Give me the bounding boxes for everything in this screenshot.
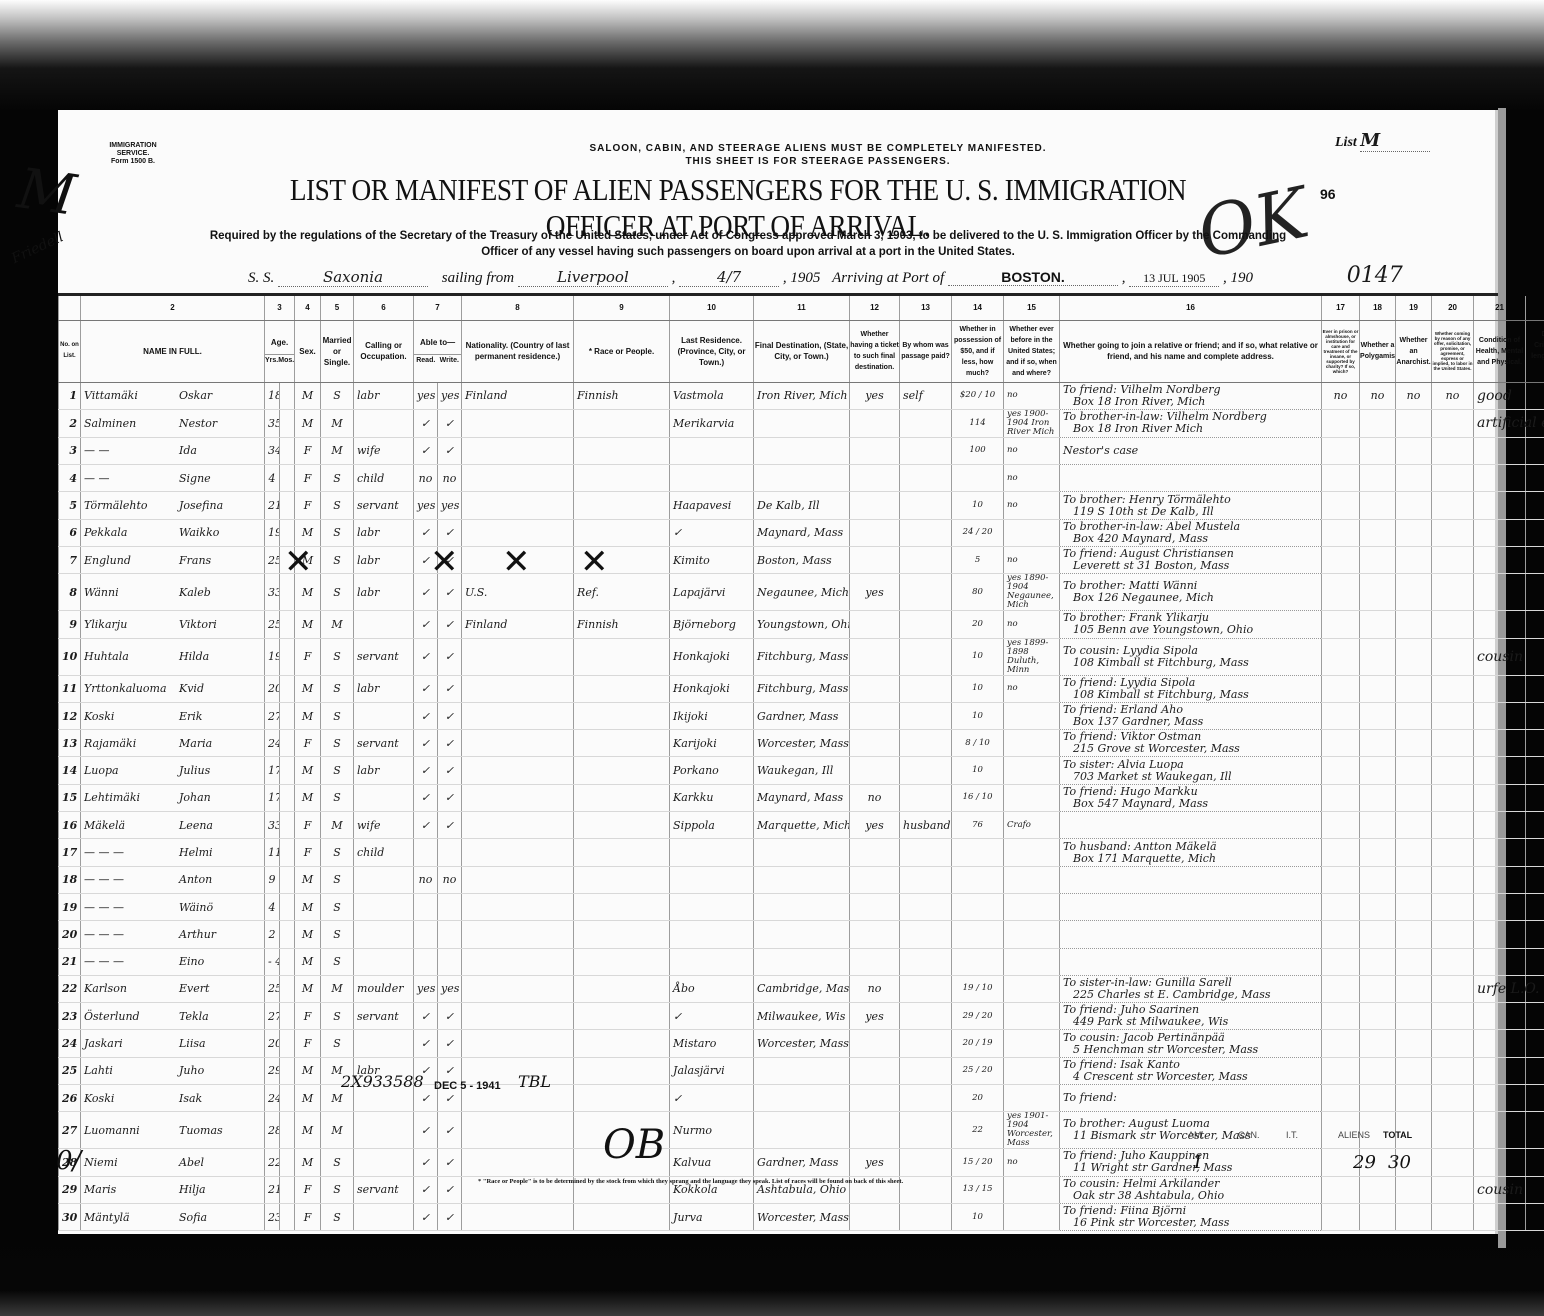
race-footnote: * "Race or People" is to be determined b… bbox=[478, 1178, 903, 1185]
contract-labor bbox=[1432, 638, 1474, 675]
occupation: labr bbox=[354, 757, 414, 784]
age-years: 20 bbox=[265, 675, 280, 702]
sex: F bbox=[295, 1176, 321, 1203]
row-number: 16 bbox=[59, 812, 81, 839]
relative-address: Box 420 Maynard, Mass bbox=[1063, 533, 1318, 545]
arriving-label: Arriving at Port of bbox=[832, 270, 944, 286]
passage-paid-by bbox=[900, 409, 952, 437]
polygamist bbox=[1360, 1203, 1396, 1230]
can-write bbox=[438, 921, 462, 948]
corner-note: 0/ bbox=[56, 1146, 81, 1176]
anarchist bbox=[1396, 702, 1432, 729]
contract-labor bbox=[1432, 921, 1474, 948]
can-write: ✓ bbox=[438, 638, 462, 675]
last-residence: Kimito bbox=[670, 546, 754, 573]
anarchist bbox=[1396, 784, 1432, 811]
money-amount: 8 / 10 bbox=[952, 730, 1004, 757]
anarchist bbox=[1396, 638, 1432, 675]
age-months bbox=[280, 702, 295, 729]
previous-us-stay bbox=[1004, 866, 1060, 893]
header-race: * Race or People. bbox=[574, 320, 670, 382]
colnum: 20 bbox=[1432, 296, 1474, 320]
colnum: 7 bbox=[414, 296, 462, 320]
joining-relative: To cousin: Helmi ArkilanderOak str 38 As… bbox=[1060, 1176, 1322, 1203]
has-ticket: yes bbox=[850, 1003, 900, 1030]
health-condition: good bbox=[1474, 382, 1526, 409]
can-write: yes bbox=[438, 492, 462, 519]
surname: Luomanni bbox=[84, 1124, 179, 1137]
deformed bbox=[1526, 1176, 1544, 1203]
deformed bbox=[1526, 574, 1544, 611]
has-ticket: yes bbox=[850, 574, 900, 611]
deformed bbox=[1526, 1112, 1544, 1149]
joining-relative bbox=[1060, 465, 1322, 492]
sex: M bbox=[295, 866, 321, 893]
polygamist bbox=[1360, 921, 1396, 948]
relative-address: 119 S 10th st De Kalb, Ill bbox=[1063, 506, 1318, 518]
marital-status: M bbox=[321, 975, 354, 1002]
passage-paid-by bbox=[900, 757, 952, 784]
table-row: 7EnglundFrans25MSlabr✓✓KimitoBoston, Mas… bbox=[59, 546, 1544, 573]
final-destination: Cambridge, Mass bbox=[754, 975, 850, 1002]
has-ticket bbox=[850, 921, 900, 948]
can-read bbox=[414, 839, 438, 866]
colnum: 5 bbox=[321, 296, 354, 320]
row-number: 5 bbox=[59, 492, 81, 519]
prison-almshouse bbox=[1322, 519, 1360, 546]
passage-paid-by bbox=[900, 675, 952, 702]
sex: F bbox=[295, 437, 321, 464]
passage-paid-by bbox=[900, 519, 952, 546]
given-name: Erik bbox=[179, 710, 202, 723]
health-condition bbox=[1474, 730, 1526, 757]
passage-paid-by bbox=[900, 638, 952, 675]
occupation: wife bbox=[354, 812, 414, 839]
anarchist bbox=[1396, 730, 1432, 757]
money-amount: 20 / 19 bbox=[952, 1030, 1004, 1057]
last-residence: Honkajoki bbox=[670, 675, 754, 702]
colnum: 22 bbox=[1526, 296, 1544, 320]
service-text: IMMIGRATION SERVICE. bbox=[98, 142, 168, 158]
header-prison: Ever in prison or almshouse, or institut… bbox=[1322, 320, 1360, 382]
page-number: 96 bbox=[1320, 186, 1336, 202]
passenger-name: KoskiIsak bbox=[81, 1085, 265, 1112]
passage-paid-by bbox=[900, 975, 952, 1002]
has-ticket bbox=[850, 702, 900, 729]
can-write: yes bbox=[438, 382, 462, 409]
given-name: Ida bbox=[179, 444, 197, 457]
previous-us-stay: no bbox=[1004, 382, 1060, 409]
can-write: ✓ bbox=[438, 702, 462, 729]
final-destination bbox=[754, 1057, 850, 1084]
age-years: 17 bbox=[265, 757, 280, 784]
colnum: 8 bbox=[462, 296, 574, 320]
passage-paid-by bbox=[900, 1203, 952, 1230]
joining-relative bbox=[1060, 948, 1322, 975]
naturalization-stamp-date: DEC 5 - 1941 bbox=[434, 1080, 501, 1092]
colnum: 9 bbox=[574, 296, 670, 320]
polygamist bbox=[1360, 730, 1396, 757]
prison-almshouse bbox=[1322, 1085, 1360, 1112]
passage-paid-by bbox=[900, 437, 952, 464]
contract-labor bbox=[1432, 1003, 1474, 1030]
has-ticket bbox=[850, 839, 900, 866]
passenger-name: KoskiErik bbox=[81, 702, 265, 729]
has-ticket: no bbox=[850, 975, 900, 1002]
health-condition: cousin bbox=[1474, 1176, 1526, 1203]
can-read: ✓ bbox=[414, 1030, 438, 1057]
header-passage: By whom was passage paid? bbox=[900, 320, 952, 382]
has-ticket bbox=[850, 675, 900, 702]
occupation: child bbox=[354, 465, 414, 492]
anarchist bbox=[1396, 948, 1432, 975]
can-write: ✓ bbox=[438, 409, 462, 437]
surname: Koski bbox=[84, 1092, 179, 1105]
anarchist bbox=[1396, 757, 1432, 784]
final-destination: Worcester, Mass bbox=[754, 1030, 850, 1057]
race bbox=[574, 492, 670, 519]
scan-bottom-border bbox=[0, 1230, 1544, 1316]
sex: F bbox=[295, 1030, 321, 1057]
passenger-name: — — —Helmi bbox=[81, 839, 265, 866]
age-months bbox=[280, 1030, 295, 1057]
given-name: Kvid bbox=[179, 682, 204, 695]
sheet-number: 0147 bbox=[1347, 263, 1403, 288]
age-months bbox=[280, 921, 295, 948]
can-write bbox=[438, 839, 462, 866]
side-signature: Friedell bbox=[9, 229, 66, 267]
surname: Österlund bbox=[84, 1010, 179, 1023]
health-condition bbox=[1474, 675, 1526, 702]
has-ticket bbox=[850, 948, 900, 975]
race: Finnish bbox=[574, 382, 670, 409]
age-years: 34 bbox=[265, 437, 280, 464]
occupation bbox=[354, 893, 414, 920]
colnum: 15 bbox=[1004, 296, 1060, 320]
previous-us-stay bbox=[1004, 1003, 1060, 1030]
totals-aliens-value: 29 bbox=[1353, 1152, 1376, 1173]
surname: Mäkelä bbox=[84, 819, 179, 832]
surname: Yrttonkaluoma bbox=[84, 682, 179, 695]
previous-us-stay bbox=[1004, 702, 1060, 729]
sex: M bbox=[295, 382, 321, 409]
age-months bbox=[280, 465, 295, 492]
nationality bbox=[462, 730, 574, 757]
marital-status: S bbox=[321, 948, 354, 975]
sex: M bbox=[295, 1085, 321, 1112]
polygamist bbox=[1360, 975, 1396, 1002]
can-read: ✓ bbox=[414, 675, 438, 702]
final-destination: Worcester, Mass bbox=[754, 1203, 850, 1230]
final-destination: Fitchburg, Mass bbox=[754, 638, 850, 675]
contract-labor bbox=[1432, 1149, 1474, 1176]
passage-paid-by bbox=[900, 702, 952, 729]
row-number: 7 bbox=[59, 546, 81, 573]
health-condition bbox=[1474, 784, 1526, 811]
polygamist bbox=[1360, 519, 1396, 546]
last-residence: Porkano bbox=[670, 757, 754, 784]
sex: M bbox=[295, 921, 321, 948]
anarchist bbox=[1396, 893, 1432, 920]
surname: Jaskari bbox=[84, 1037, 179, 1050]
passenger-name: LuopaJulius bbox=[81, 757, 265, 784]
joining-relative: To friend: Lyydia Sipola108 Kimball st F… bbox=[1060, 675, 1322, 702]
passenger-name: — — —Eino bbox=[81, 948, 265, 975]
totals-label-it: I.T. bbox=[1286, 1130, 1298, 1140]
contract-labor bbox=[1432, 1203, 1474, 1230]
final-destination bbox=[754, 465, 850, 492]
colnum: 12 bbox=[850, 296, 900, 320]
prison-almshouse bbox=[1322, 730, 1360, 757]
passage-paid-by bbox=[900, 1085, 952, 1112]
previous-us-stay bbox=[1004, 1203, 1060, 1230]
age-months bbox=[280, 382, 295, 409]
previous-us-stay bbox=[1004, 1085, 1060, 1112]
can-read: no bbox=[414, 866, 438, 893]
final-destination bbox=[754, 839, 850, 866]
last-residence: Karijoki bbox=[670, 730, 754, 757]
health-condition bbox=[1474, 1057, 1526, 1084]
colnum: 4 bbox=[295, 296, 321, 320]
row-number: 2 bbox=[59, 409, 81, 437]
contract-labor bbox=[1432, 839, 1474, 866]
given-name: Helmi bbox=[179, 846, 213, 859]
nationality bbox=[462, 839, 574, 866]
occupation: wife bbox=[354, 437, 414, 464]
given-name: Nestor bbox=[179, 417, 217, 430]
anarchist bbox=[1396, 975, 1432, 1002]
health-condition bbox=[1474, 465, 1526, 492]
can-write: no bbox=[438, 465, 462, 492]
age-months bbox=[280, 866, 295, 893]
age-years: 4 bbox=[265, 465, 280, 492]
previous-us-stay: yes 1890-1904 Negaunee, Mich bbox=[1004, 574, 1060, 611]
last-residence bbox=[670, 893, 754, 920]
nationality bbox=[462, 948, 574, 975]
health-condition bbox=[1474, 839, 1526, 866]
anarchist bbox=[1396, 1176, 1432, 1203]
has-ticket bbox=[850, 638, 900, 675]
prison-almshouse bbox=[1322, 409, 1360, 437]
can-read: ✓ bbox=[414, 1176, 438, 1203]
age-months bbox=[280, 1057, 295, 1084]
previous-us-stay: no bbox=[1004, 437, 1060, 464]
marital-status: S bbox=[321, 1149, 354, 1176]
relative-address: 11 Wright str Gardner, Mass bbox=[1063, 1162, 1318, 1174]
anarchist bbox=[1396, 812, 1432, 839]
occupation: labr bbox=[354, 574, 414, 611]
row-number: 8 bbox=[59, 574, 81, 611]
prison-almshouse bbox=[1322, 1203, 1360, 1230]
can-write: ✓ bbox=[438, 675, 462, 702]
money-amount bbox=[952, 839, 1004, 866]
age-months bbox=[280, 1003, 295, 1030]
nationality bbox=[462, 492, 574, 519]
header-write: Write. bbox=[438, 355, 462, 366]
header-yrs: Yrs. bbox=[265, 355, 278, 366]
column-number-row: 2 3 4 5 6 7 8 9 10 11 12 13 14 15 16 17 … bbox=[59, 296, 1544, 320]
age-months bbox=[280, 1112, 295, 1149]
last-residence: ✓ bbox=[670, 1003, 754, 1030]
race bbox=[574, 948, 670, 975]
column-header-row: No. on List. NAME IN FULL. Age. Yrs. Mos… bbox=[59, 320, 1544, 382]
contract-labor bbox=[1432, 1176, 1474, 1203]
race bbox=[574, 702, 670, 729]
marital-status: S bbox=[321, 574, 354, 611]
age-years: 2 bbox=[265, 921, 280, 948]
naturalization-number: 2X933588 bbox=[341, 1072, 424, 1091]
can-write bbox=[438, 893, 462, 920]
occupation: servant bbox=[354, 638, 414, 675]
header-nationality: Nationality. (Country of last permanent … bbox=[462, 320, 574, 382]
nationality bbox=[462, 675, 574, 702]
passenger-name: YrttonkaluomaKvid bbox=[81, 675, 265, 702]
age-months bbox=[280, 492, 295, 519]
anarchist bbox=[1396, 437, 1432, 464]
passage-paid-by: husband bbox=[900, 812, 952, 839]
marital-status: S bbox=[321, 1003, 354, 1030]
row-number: 10 bbox=[59, 638, 81, 675]
age-months bbox=[280, 437, 295, 464]
can-read: ✓ bbox=[414, 1149, 438, 1176]
header-polygamist: Whether a Polygamist. bbox=[1360, 320, 1396, 382]
header-calling: Calling or Occupation. bbox=[354, 320, 414, 382]
banner-line-2: THIS SHEET IS FOR STEERAGE PASSENGERS. bbox=[538, 155, 1098, 168]
polygamist bbox=[1360, 784, 1396, 811]
can-read: yes bbox=[414, 382, 438, 409]
last-residence: Jurva bbox=[670, 1203, 754, 1230]
age-years: 4 bbox=[265, 893, 280, 920]
race: Finnish bbox=[574, 611, 670, 638]
final-destination bbox=[754, 948, 850, 975]
anarchist bbox=[1396, 675, 1432, 702]
prison-almshouse bbox=[1322, 1003, 1360, 1030]
table-row: 20— — —Arthur2MS bbox=[59, 921, 1544, 948]
given-name: Kaleb bbox=[179, 586, 211, 599]
joining-relative: To friend: August ChristiansenLeverett s… bbox=[1060, 546, 1322, 573]
ship-name: Saxonia bbox=[278, 268, 428, 287]
sex: M bbox=[295, 409, 321, 437]
regulation-line-1: Required by the regulations of the Secre… bbox=[128, 228, 1368, 244]
age-years: 29 bbox=[265, 1057, 280, 1084]
polygamist bbox=[1360, 866, 1396, 893]
final-destination: Iron River, Mich bbox=[754, 382, 850, 409]
age-months bbox=[280, 611, 295, 638]
contract-labor bbox=[1432, 574, 1474, 611]
age-years: 17 bbox=[265, 784, 280, 811]
header-money: Whether in possession of $50, and if les… bbox=[952, 320, 1004, 382]
anarchist bbox=[1396, 409, 1432, 437]
colnum bbox=[59, 296, 81, 320]
health-condition bbox=[1474, 812, 1526, 839]
prison-almshouse bbox=[1322, 611, 1360, 638]
header-deformed: Deformed or Crippled. Nature, length of … bbox=[1526, 320, 1544, 382]
contract-labor bbox=[1432, 893, 1474, 920]
row-number: 25 bbox=[59, 1057, 81, 1084]
anarchist bbox=[1396, 839, 1432, 866]
final-destination: Boston, Mass bbox=[754, 546, 850, 573]
has-ticket bbox=[850, 465, 900, 492]
surname: Karlson bbox=[84, 982, 179, 995]
side-initial-mark: M bbox=[14, 156, 80, 228]
relative-name: To cousin: Jacob Pertinänpää bbox=[1063, 1032, 1318, 1044]
contract-labor bbox=[1432, 519, 1474, 546]
money-amount bbox=[952, 921, 1004, 948]
header-married: Married or Single. bbox=[321, 320, 354, 382]
prison-almshouse bbox=[1322, 1176, 1360, 1203]
occupation bbox=[354, 1030, 414, 1057]
money-amount: 22 bbox=[952, 1112, 1004, 1149]
age-years: 25 bbox=[265, 975, 280, 1002]
relative-address: Box 18 Iron River, Mich bbox=[1063, 396, 1318, 408]
final-destination bbox=[754, 1085, 850, 1112]
given-name: Julius bbox=[179, 764, 210, 777]
surname: Koski bbox=[84, 710, 179, 723]
passenger-name: LehtimäkiJohan bbox=[81, 784, 265, 811]
table-row: 25LahtiJuho29MMlabr✓✓Jalasjärvi25 / 20To… bbox=[59, 1057, 1544, 1084]
table-row: 27LuomanniTuomas28MM✓✓Nurmo22yes 1901-19… bbox=[59, 1112, 1544, 1149]
colnum: 6 bbox=[354, 296, 414, 320]
health-condition bbox=[1474, 492, 1526, 519]
sex: F bbox=[295, 638, 321, 675]
anarchist bbox=[1396, 921, 1432, 948]
contract-labor bbox=[1432, 1057, 1474, 1084]
prison-almshouse bbox=[1322, 437, 1360, 464]
polygamist bbox=[1360, 1003, 1396, 1030]
can-read: ✓ bbox=[414, 638, 438, 675]
sex: M bbox=[295, 675, 321, 702]
nationality bbox=[462, 702, 574, 729]
marital-status: M bbox=[321, 437, 354, 464]
marital-status: S bbox=[321, 382, 354, 409]
deformed bbox=[1526, 675, 1544, 702]
table-row: 24JaskariLiisa20FS✓✓MistaroWorcester, Ma… bbox=[59, 1030, 1544, 1057]
joining-relative: To cousin: Jacob Pertinänpää5 Henchman s… bbox=[1060, 1030, 1322, 1057]
age-months bbox=[280, 409, 295, 437]
surname: Lahti bbox=[84, 1064, 179, 1077]
health-condition bbox=[1474, 437, 1526, 464]
can-write: ✓ bbox=[438, 1149, 462, 1176]
money-amount: 13 / 15 bbox=[952, 1176, 1004, 1203]
age-months bbox=[280, 757, 295, 784]
last-residence: Honkajoki bbox=[670, 638, 754, 675]
nationality bbox=[462, 757, 574, 784]
race bbox=[574, 757, 670, 784]
can-write: ✓ bbox=[438, 730, 462, 757]
anarchist: no bbox=[1396, 382, 1432, 409]
given-name: Johan bbox=[179, 791, 211, 804]
last-residence bbox=[670, 839, 754, 866]
given-name: Leena bbox=[179, 819, 213, 832]
can-read: ✓ bbox=[414, 812, 438, 839]
can-read: yes bbox=[414, 492, 438, 519]
nationality bbox=[462, 866, 574, 893]
polygamist bbox=[1360, 492, 1396, 519]
polygamist bbox=[1360, 465, 1396, 492]
contract-labor bbox=[1432, 730, 1474, 757]
row-number: 24 bbox=[59, 1030, 81, 1057]
anarchist bbox=[1396, 465, 1432, 492]
money-amount: 76 bbox=[952, 812, 1004, 839]
occupation bbox=[354, 866, 414, 893]
marital-status: S bbox=[321, 866, 354, 893]
nationality bbox=[462, 812, 574, 839]
race bbox=[574, 1057, 670, 1084]
contract-labor bbox=[1432, 702, 1474, 729]
colnum: 17 bbox=[1322, 296, 1360, 320]
given-name: Frans bbox=[179, 554, 211, 567]
table-row: 28NiemiAbel22MS✓✓KalvuaGardner, Massyes1… bbox=[59, 1149, 1544, 1176]
